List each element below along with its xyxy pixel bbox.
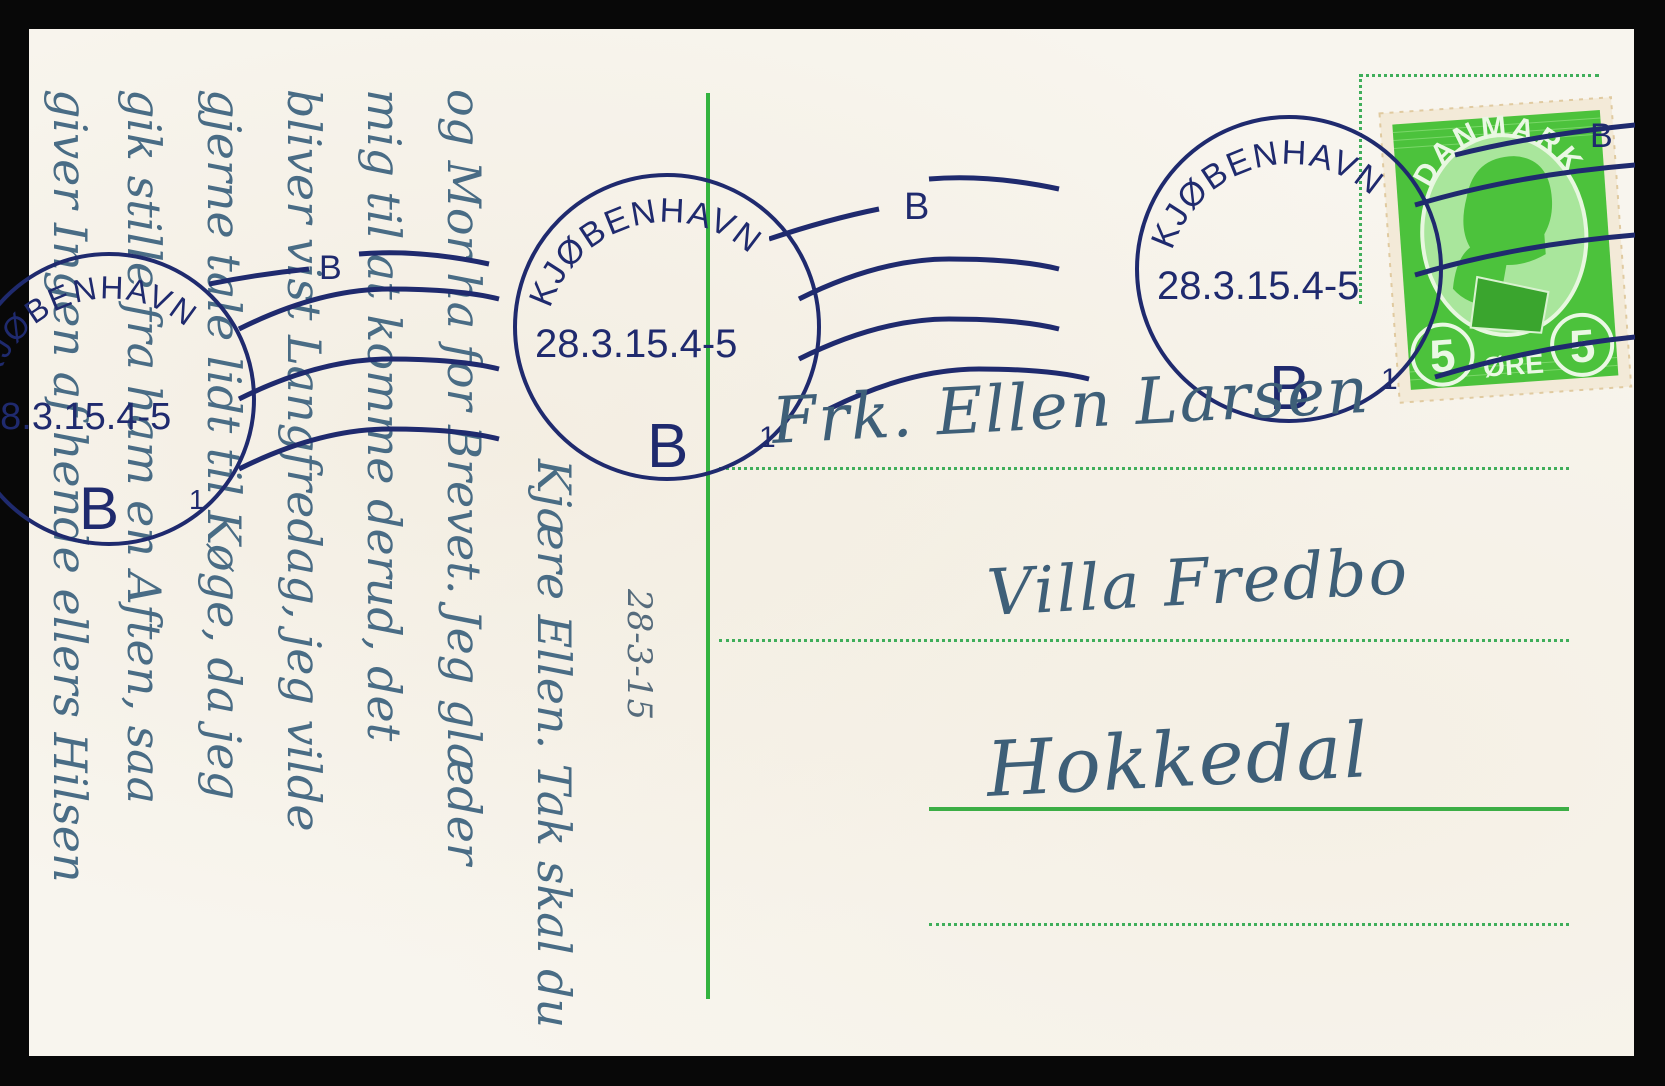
postmark-city: KJØBENHAVN — [522, 192, 770, 312]
message-date: 28-3-15 — [619, 589, 659, 720]
postmark-date: 28.3.15.4-5 — [1157, 264, 1359, 308]
address-line-4 — [929, 923, 1569, 926]
postmark-office: B — [647, 412, 688, 481]
svg-text:KJØBENHAVN: KJØBENHAVN — [1144, 134, 1392, 254]
postmark-office: B — [79, 475, 119, 542]
wavy-cancel-letter: B — [319, 249, 342, 287]
svg-text:KJØBENHAVN: KJØBENHAVN — [522, 192, 770, 312]
postmark-date: 28.3.15.4-5 — [535, 322, 737, 366]
wavy-cancel-letter: B — [904, 186, 929, 228]
postcard: Kjære Ellen. Tak skal du og Mor ha for B… — [29, 29, 1634, 1056]
postmark-number: 1 — [189, 484, 205, 515]
stamp-box-top — [1359, 74, 1599, 77]
message-line: Kjære Ellen. Tak skal du — [527, 459, 581, 1028]
address-street: Villa Fredbo — [985, 535, 1411, 631]
svg-text:KJØBENHAVN: KJØBENHAVN — [0, 269, 205, 384]
svg-text:B: B — [1590, 117, 1613, 155]
postmark-left: KJØBENHAVN 28.3.15.4-5 B 1 — [0, 229, 279, 569]
postmark-city: KJØBENHAVN — [0, 269, 205, 384]
postmark-date: 28.3.15.4-5 — [0, 396, 171, 438]
postmark-city: KJØBENHAVN — [1144, 134, 1392, 254]
address-line-1 — [719, 467, 1569, 470]
address-line-2 — [719, 639, 1569, 642]
address-town: Hokkedal — [984, 705, 1372, 814]
postmark-number: 1 — [1381, 363, 1398, 396]
